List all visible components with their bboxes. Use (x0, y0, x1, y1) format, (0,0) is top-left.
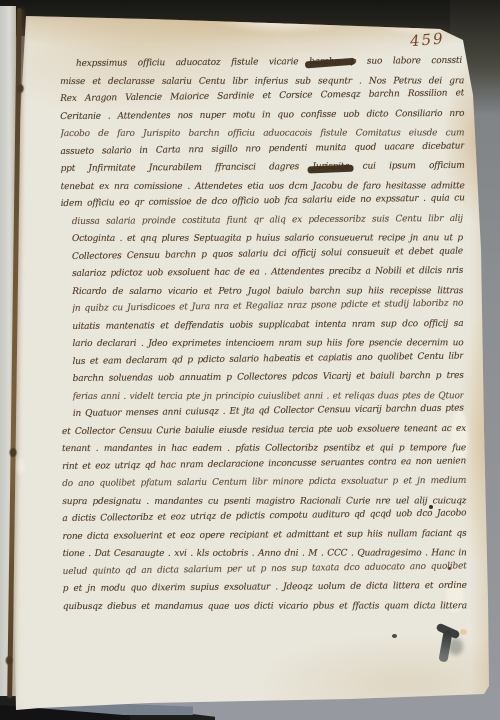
sewing-knot (6, 656, 13, 665)
text-line: hexpssimus officiu aduocatoz fistule vic… (76, 56, 462, 77)
wax-fleck (460, 629, 467, 635)
manuscript-photo: xxx 459 hexpssimus officiu aduocatoz fis… (0, 0, 500, 720)
ink-speck (392, 634, 397, 638)
text-line: et Collector Censuu Curie baiulie eiusde… (62, 423, 466, 444)
text-line: do ano quolibet pfatum salariu Centum li… (62, 476, 466, 497)
text-line: diussa salaria proinde costituta fiunt q… (72, 213, 463, 234)
text-line: p et jn modu quo dixerim supius exsoluat… (63, 581, 467, 602)
text-line: rone dicta exsoluerint et eoz opere reci… (62, 528, 466, 549)
sewing-knot (17, 84, 24, 93)
ink-speck (448, 567, 451, 570)
text-line: quibusqz diebus et mandamus quae uos dic… (63, 601, 467, 619)
ink-speck (429, 505, 433, 509)
manuscript-page: xxx 459 hexpssimus officiu aduocatoz fis… (8, 10, 500, 716)
text-line: ppt Jnfirmitate Jncurabilem ffrancisci d… (61, 161, 465, 182)
text-line: uitatis mantenatis et deffendatis uobis … (72, 318, 463, 339)
text-line: salarioz pdictoz uob exsoluent hac de ea… (72, 266, 463, 287)
sewing-knot (10, 448, 17, 457)
text-block: hexpssimus officiu aduocatoz fistule vic… (60, 57, 467, 625)
text-line: barchn soluendas uob annuatim p Collecto… (73, 371, 464, 392)
text-line: Ceritanie . Attendentes nos nuper motu i… (60, 108, 464, 129)
